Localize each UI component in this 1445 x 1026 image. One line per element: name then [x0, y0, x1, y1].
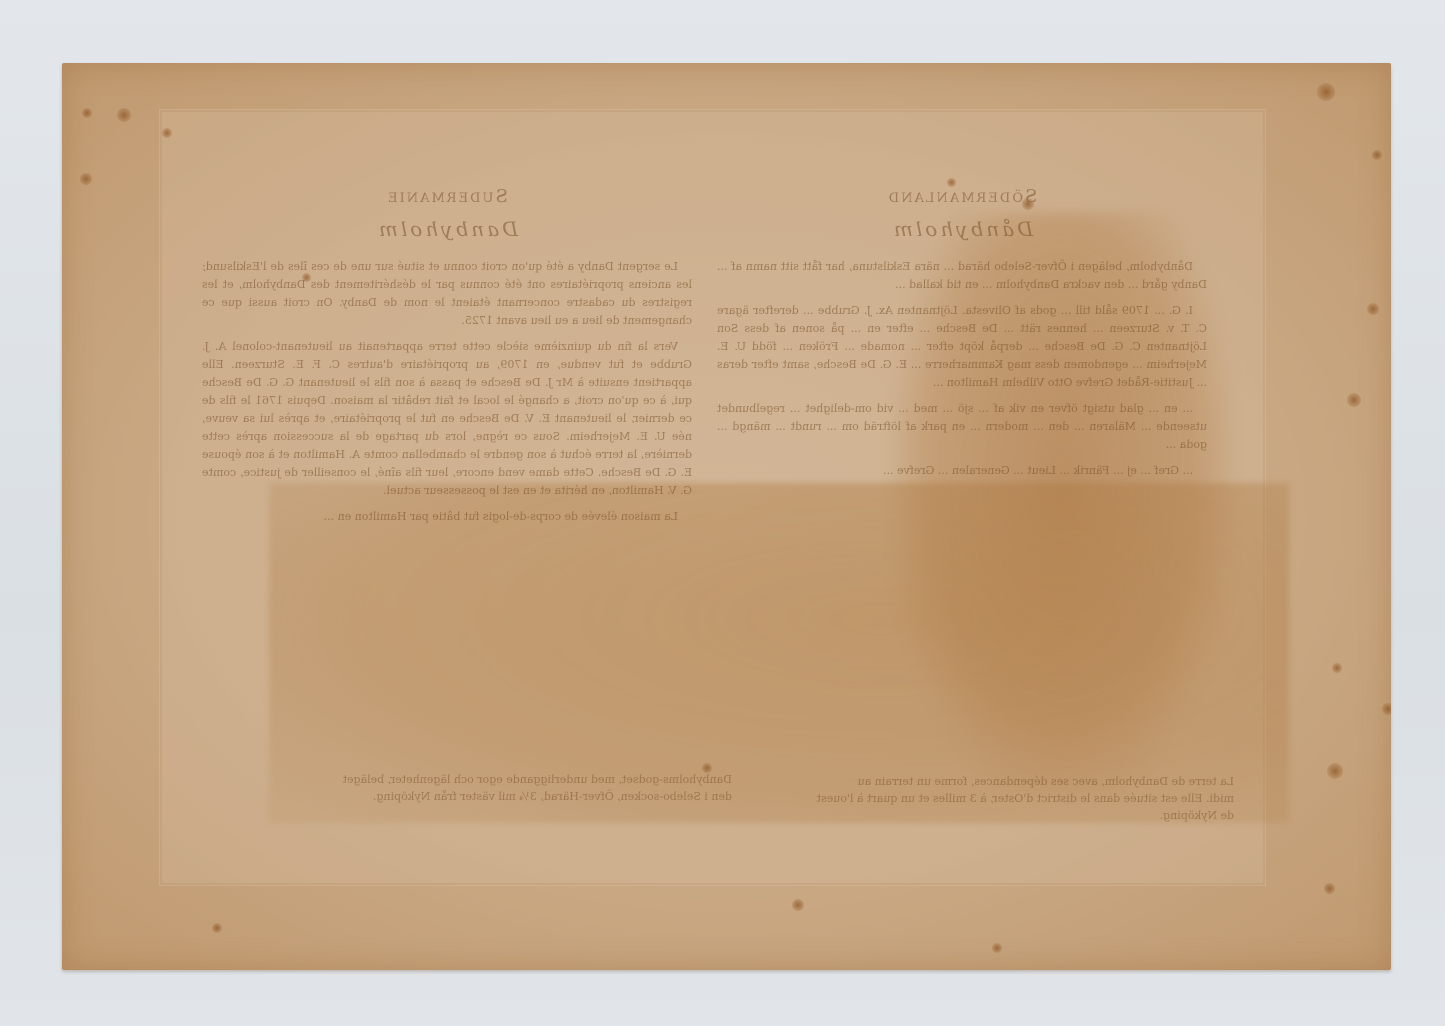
- french-text-column: Sudermanie Danbyholm Le sergent Danby a …: [202, 188, 692, 534]
- foxing-spot: [1317, 83, 1335, 101]
- caption-line: midi. Elle est située dans le district d…: [714, 790, 1234, 807]
- foxing-spot: [1367, 303, 1379, 315]
- foxing-spot: [1382, 703, 1391, 715]
- paragraph: ... Gref ... ej ... Fänrik ... Lieut ...…: [717, 462, 1207, 480]
- foxing-spot: [1022, 198, 1034, 210]
- paragraph: I. G. ... 1709 såld till ... gods af Oli…: [717, 302, 1207, 392]
- foxing-spot: [702, 763, 712, 773]
- paragraph: Le sergent Danby a été qu'on croit connu…: [202, 258, 692, 330]
- column-heading: Sudermanie: [202, 188, 692, 206]
- foxing-spot: [1327, 763, 1343, 779]
- foxing-spot: [117, 108, 131, 122]
- foxing-spot: [80, 173, 92, 185]
- paragraph: Vers la fin du quinzième siècle cette te…: [202, 338, 692, 500]
- foxing-spot: [212, 923, 222, 933]
- column-heading: Södermanland: [717, 188, 1207, 206]
- column-subheading: Dånbyholm: [717, 220, 1207, 238]
- foxing-spot: [792, 899, 804, 911]
- foxing-spot: [302, 273, 311, 282]
- swedish-text-column: Södermanland Dånbyholm Dånbyholm, beläge…: [717, 188, 1207, 488]
- foxing-spot: [1324, 883, 1335, 894]
- paragraph: Dånbyholm, belägen i Öfver-Selebo härad …: [717, 258, 1207, 294]
- foxing-spot: [82, 108, 92, 118]
- swedish-caption: Danbyholms-godset, med underliggande ego…: [212, 771, 732, 805]
- foxing-spot: [947, 178, 956, 187]
- paragraph: ... en ... glad utsigt öfver en vik af .…: [717, 400, 1207, 454]
- foxing-spot: [1372, 150, 1382, 160]
- caption-line: La terre de Danbyholm, avec ses dépendan…: [714, 773, 1234, 790]
- caption-line: den i Selebo-socken, Öfver-Härad, 3¼ mil…: [212, 788, 732, 805]
- foxing-spot: [162, 128, 172, 138]
- caption-line: de Nyköping.: [714, 807, 1234, 824]
- caption-line: Danbyholms-godset, med underliggande ego…: [212, 771, 732, 788]
- french-caption: La terre de Danbyholm, avec ses dépendan…: [714, 773, 1234, 824]
- column-subheading: Danbyholm: [202, 220, 692, 238]
- paragraph: La maison élevée de corps-de-logis fut b…: [202, 508, 692, 526]
- foxing-spot: [992, 943, 1002, 953]
- foxing-spot: [1347, 393, 1361, 407]
- paper-sheet: Sudermanie Danbyholm Le sergent Danby a …: [62, 63, 1391, 970]
- foxing-spot: [1332, 663, 1342, 673]
